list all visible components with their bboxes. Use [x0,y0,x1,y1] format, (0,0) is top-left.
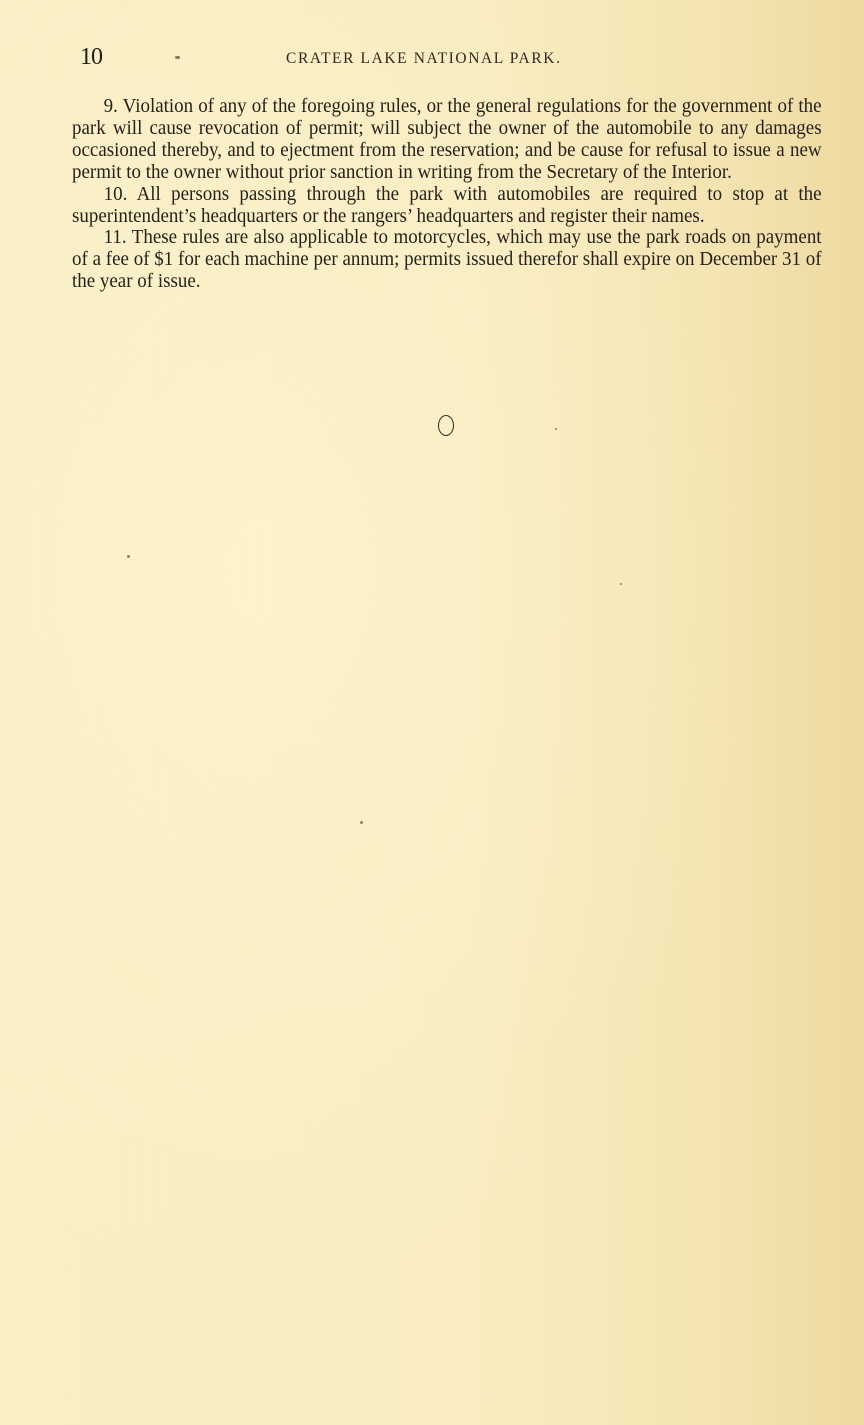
running-head: 10 CRATER LAKE NATIONAL PARK. [80,44,840,76]
body-text: 9. Violation of any of the foregoing rul… [72,96,822,293]
end-mark-circle-icon [438,415,454,436]
ink-speck [127,555,130,558]
ink-speck [620,583,622,585]
ink-speck [555,428,557,430]
scanned-page: 10 CRATER LAKE NATIONAL PARK. 9. Violati… [0,0,864,1425]
page-number: 10 [80,44,102,71]
page-title: CRATER LAKE NATIONAL PARK. [286,50,562,68]
paragraph-rule-11: 11. These rules are also applicable to m… [72,227,822,293]
ink-speck [175,56,180,59]
paragraph-rule-10: 10. All persons passing through the park… [72,184,822,228]
ink-speck [360,821,363,824]
paragraph-rule-9: 9. Violation of any of the foregoing rul… [72,96,822,184]
